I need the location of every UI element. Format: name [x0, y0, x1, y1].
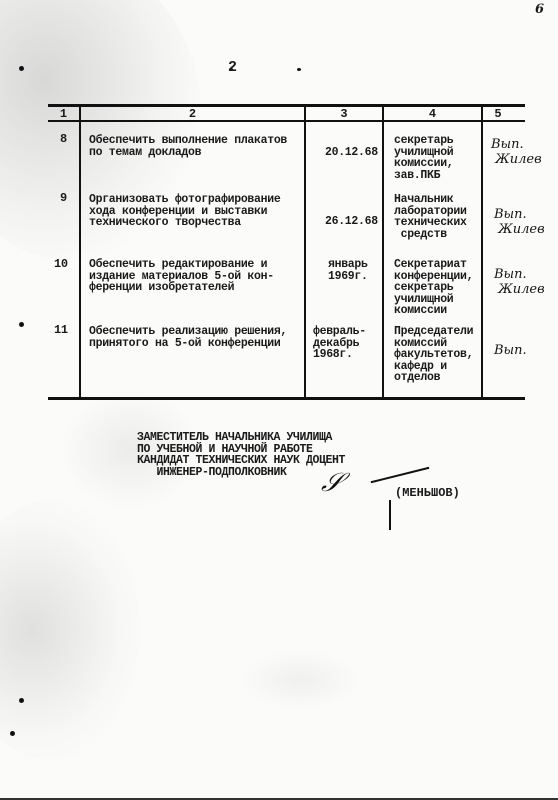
sheet-number: 6: [535, 2, 544, 17]
punch-mark: [19, 66, 24, 71]
column-divider: [382, 107, 384, 397]
handwritten-note: Вып. Жилев: [491, 137, 542, 167]
row-number: 10: [54, 259, 68, 271]
responsible: Председатели комиссий факультетов, кафед…: [394, 326, 473, 384]
handwritten-note: Вып.: [494, 343, 527, 358]
column-divider: [79, 107, 81, 397]
signature: 𝒮: [319, 468, 345, 499]
dash-mark: [297, 68, 301, 71]
signatory-title: ЗАМЕСТИТЕЛЬ НАЧАЛЬНИКА УЧИЛИЩА ПО УЧЕБНО…: [137, 432, 345, 478]
column-divider: [304, 107, 306, 397]
task-text: Обеспечить реализацию решения, принятого…: [89, 326, 287, 349]
handwritten-note: Вып. Жилев: [494, 267, 545, 297]
header-col-1: 1: [48, 107, 79, 121]
row-number: 11: [54, 325, 68, 337]
punch-mark: [10, 731, 15, 736]
deadline: январь 1969г.: [328, 259, 368, 282]
header-col-4: 4: [384, 107, 481, 121]
punch-mark: [19, 698, 24, 703]
task-text: Обеспечить редактирование и издание мате…: [89, 259, 274, 294]
row-number: 8: [60, 134, 67, 146]
header-col-5: 5: [483, 107, 513, 121]
task-text: Организовать фотографирование хода конфе…: [89, 194, 280, 229]
task-text: Обеспечить выполнение плакатов по темам …: [89, 135, 287, 158]
deadline: 20.12.68: [325, 147, 378, 159]
responsible: Секретариат конференции, секретарь учили…: [394, 259, 473, 317]
page-number: 2: [228, 59, 259, 76]
signature-flourish: [371, 467, 430, 483]
row-number: 9: [60, 193, 67, 205]
signatory-name: (МЕНЬШОВ): [395, 486, 460, 500]
signature-flourish: [389, 500, 391, 530]
deadline: февраль- декабрь 1968г.: [313, 326, 366, 361]
task-table: 1 2 3 4 5 8 Обеспечить выполнение плакат…: [48, 104, 525, 400]
column-divider: [481, 107, 483, 397]
paper-stain: [0, 500, 140, 760]
header-col-3: 3: [306, 107, 382, 121]
punch-mark: [19, 322, 24, 327]
header-col-2: 2: [81, 107, 304, 121]
paper-stain: [240, 650, 360, 710]
responsible: Начальник лаборатории технических средст…: [394, 194, 467, 240]
handwritten-note: Вып. Жилев: [494, 207, 545, 237]
deadline: 26.12.68: [325, 216, 378, 228]
responsible: секретарь училищной комиссии, зав.ПКБ: [394, 135, 453, 181]
